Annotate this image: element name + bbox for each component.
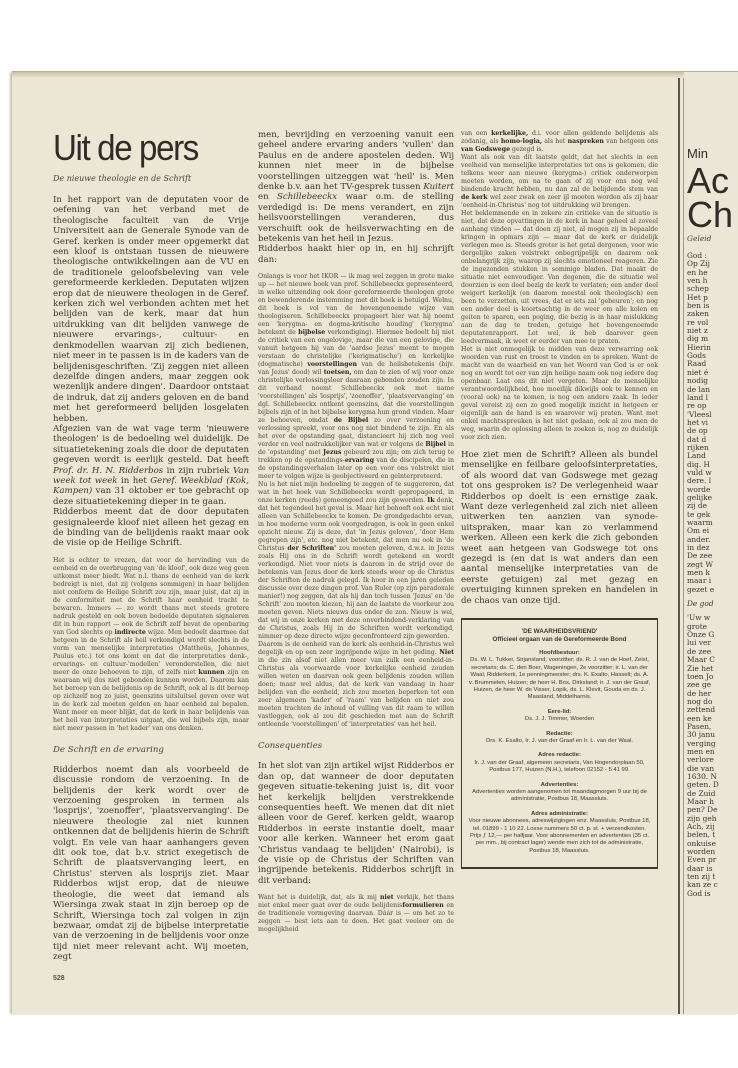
colophon-section-heading: Adres administratie: <box>468 811 651 818</box>
quote-block: van een kerkelijke, d.i. voor allen geld… <box>461 130 658 154</box>
colophon-section-text: Drs. K. Exalto, Ir. J. van der Graaf en … <box>468 738 651 745</box>
colophon-section-text: Voor nieuwe abonnees, adreswijzigingen e… <box>468 818 651 855</box>
section-heading: Consequenties <box>258 741 454 751</box>
column-1: Uit de pers De nieuwe theologie en de Sc… <box>53 130 249 963</box>
paragraph: Ridderbos noemt dan als voorbeeld de dis… <box>53 765 249 963</box>
article-subtitle: De nieuwe theologie en de Schrift <box>53 174 249 183</box>
next-page-text: God :Op Zijen heven hschepHet pben iszak… <box>687 252 738 898</box>
colophon-section-text: Advertenties worden aangenomen tot maand… <box>468 789 651 804</box>
quote-block: Want het is duidelijk, dat, als ik mij n… <box>258 894 454 934</box>
page-number: 528 <box>53 975 65 982</box>
paragraph: Ridderbos haakt hier op in, en hij schri… <box>258 244 454 265</box>
quote-block: Onlangs is voor het IKOR — ik mag wel ze… <box>258 273 454 481</box>
colophon-section-heading: Eere-lid: <box>468 709 651 716</box>
article-title: Uit de pers <box>53 130 233 166</box>
colophon-section-text: Ir. J. van der Graaf, algemeen secretari… <box>468 760 651 775</box>
paragraph: Ridderbos meent dat de door deputaten ge… <box>53 507 249 549</box>
colophon-section: Advertenties:Advertenties worden aangeno… <box>468 782 651 804</box>
colophon-section-heading: Redactie: <box>468 731 651 738</box>
quote-block: Het beklemmende en in zekere zin critiek… <box>461 210 658 346</box>
colophon-subtitle: Officieel orgaan van de Gereformeerde Bo… <box>468 636 651 643</box>
colophon-section-heading: Advertenties: <box>468 782 651 789</box>
quote-block: Daarom is de eenheid van de kerk als een… <box>258 641 454 729</box>
column-3: van een kerkelijke, d.i. voor allen geld… <box>461 130 658 869</box>
quote-block: Het is echter te vrezen, dat voor de her… <box>53 557 249 733</box>
quote-block: Want als ook van dit laatste geldt, dat … <box>461 154 658 210</box>
colophon-section-heading: Hoofdbestuur: <box>468 650 651 657</box>
colophon-section: Adres redactie:Ir. J. van der Graaf, alg… <box>468 752 651 774</box>
paragraph: men, bevrijding en verzoening vanuit een… <box>258 130 454 244</box>
page-gutter <box>678 78 680 1014</box>
paragraph: In het slot van zijn artikel wijst Ridde… <box>258 761 454 886</box>
paragraph: Afgezien van de wat vage term 'nieuwere … <box>53 424 249 507</box>
colophon-section: Hoofdbestuur:Ds. W. L. Tukker, Sirjansla… <box>468 650 651 702</box>
colophon-section-text: Ds. W. L. Tukker, Sirjansland, voorzitte… <box>468 657 651 701</box>
text-line: gezet e <box>687 586 738 594</box>
colophon-section-text: Ds. J. J. Timmer, Woerden <box>468 716 651 723</box>
next-page-edge: Min AcCh Geleid God :Op Zijen heven hsch… <box>684 72 738 1014</box>
next-page-kicker: Min <box>687 146 708 161</box>
colophon-title: 'DE WAARHEIDSVRIEND' <box>468 628 651 635</box>
paragraph: In het rapport van de deputaten voor de … <box>53 195 249 424</box>
section-heading: De Schrift en de ervaring <box>53 745 249 755</box>
colophon-section-heading: Adres redactie: <box>468 752 651 759</box>
colophon-section: Adres administratie:Voor nieuwe abonnees… <box>468 811 651 855</box>
paragraph: Hoe ziet men de Schrift? Alleen als bund… <box>461 450 658 606</box>
colophon-section: Eere-lid:Ds. J. J. Timmer, Woerden <box>468 709 651 724</box>
quote-block: Nu is het niet mijn bedoeling te zeggen … <box>258 481 454 641</box>
text-line: De god <box>687 600 738 608</box>
colophon-box: 'DE WAARHEIDSVRIEND' Officieel orgaan va… <box>461 618 658 869</box>
next-page-title: AcCh <box>687 164 733 232</box>
colophon-section: Redactie:Drs. K. Exalto, Ir. J. van der … <box>468 731 651 746</box>
text-line: God is <box>687 890 738 898</box>
next-page-subtitle: Geleid <box>687 234 711 243</box>
quote-block: Het is niet onmogelijk te midden van dez… <box>461 346 658 442</box>
column-2: men, bevrijding en verzoening vanuit een… <box>258 130 454 934</box>
